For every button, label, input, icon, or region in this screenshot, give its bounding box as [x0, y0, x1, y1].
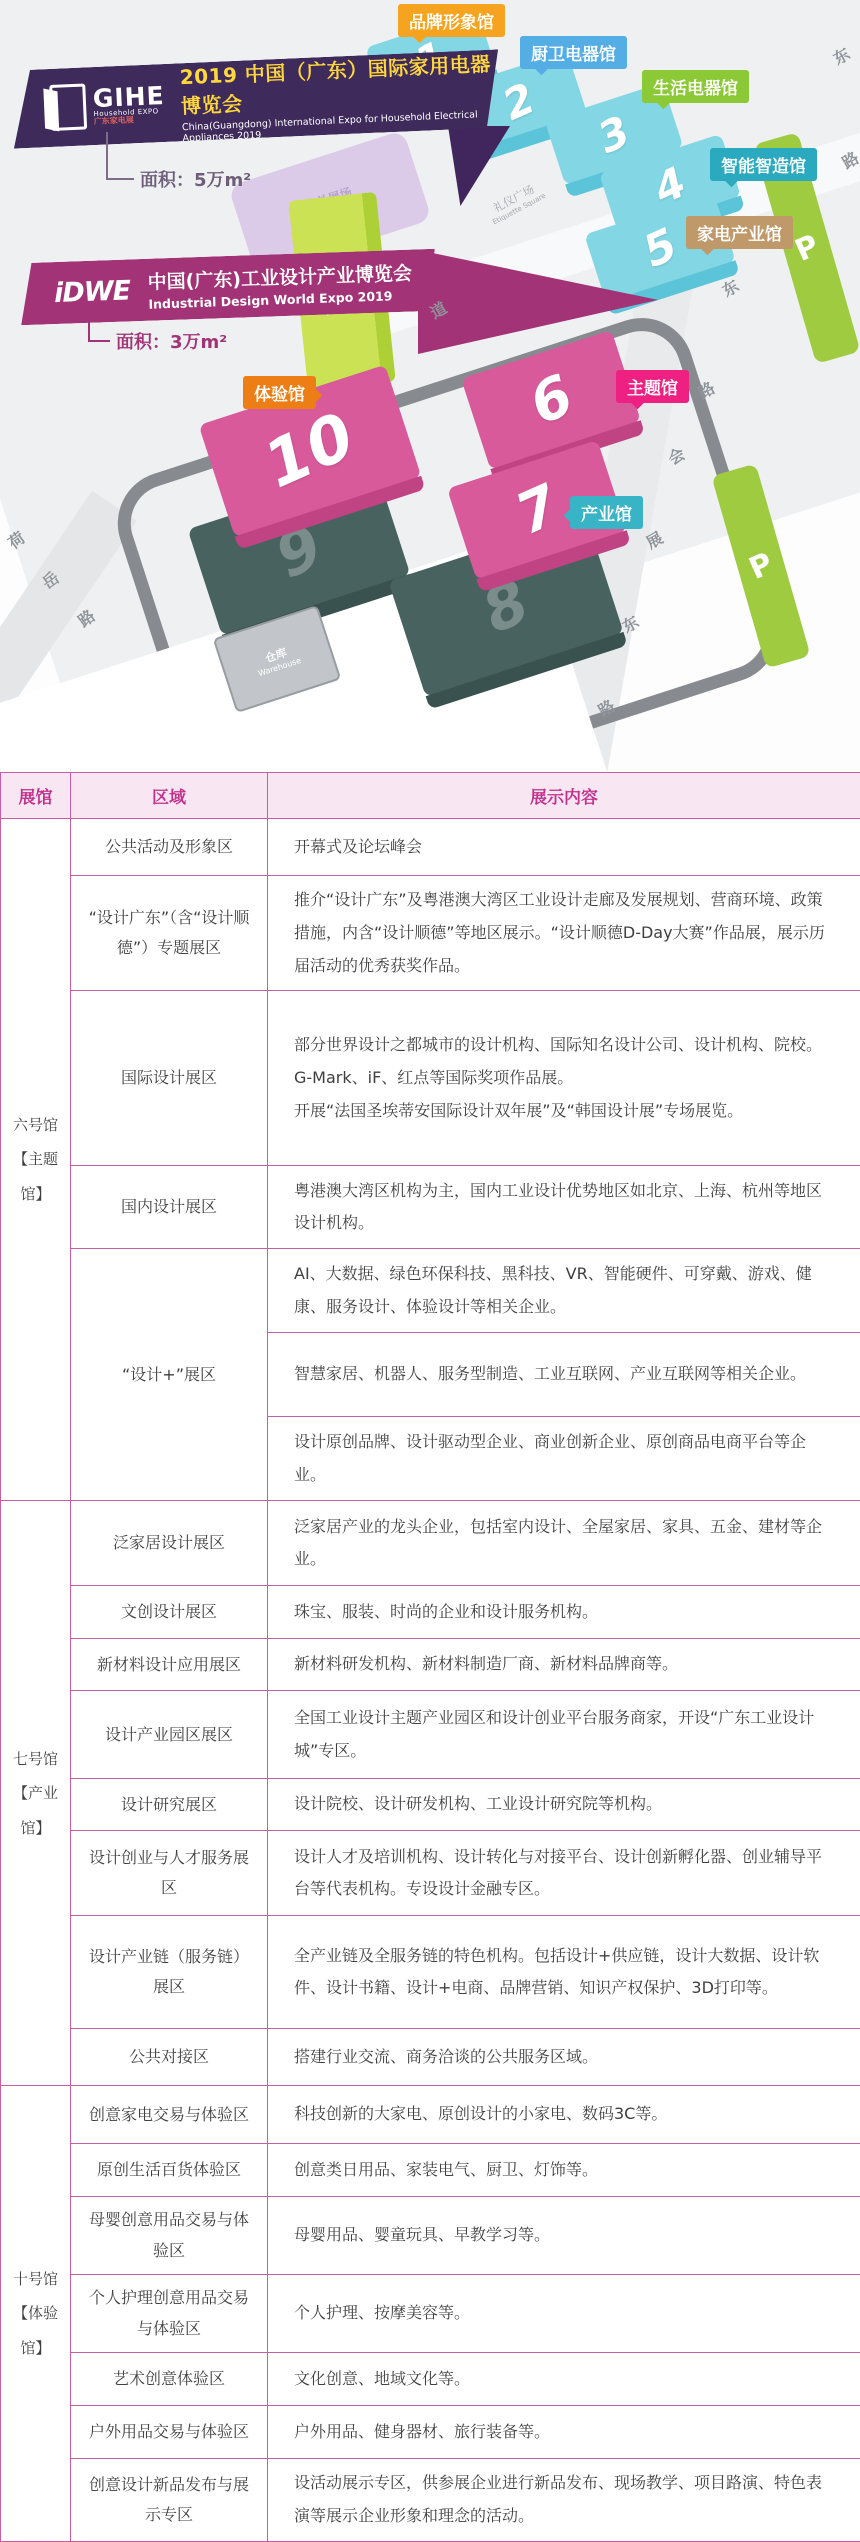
- parking-p-label: P: [790, 228, 824, 269]
- table-row: 公共对接区 搭建行业交流、商务洽谈的公共服务区域。: [1, 2029, 860, 2086]
- content-cell: 设计院校、设计研发机构、工业设计研究院等机构。: [268, 1779, 860, 1831]
- content-cell: 部分世界设计之都城市的设计机构、国际知名设计公司、设计机构、院校。 G-Mark…: [268, 991, 860, 1166]
- content-cell: 新材料研发机构、新材料制造厂商、新材料品牌商等。: [268, 1639, 860, 1691]
- area-cell: “设计+”展区: [71, 1249, 268, 1501]
- area-cell: 新材料设计应用展区: [71, 1639, 268, 1691]
- area-cell: 设计产业园区展区: [71, 1691, 268, 1779]
- table-row: 创意设计新品发布与展示专区 设活动展示专区，供参展企业进行新品发布、现场教学、项…: [1, 2458, 860, 2541]
- content-cell: 开幕式及论坛峰会: [268, 819, 860, 876]
- callout-industry-hall: 产业馆: [570, 496, 643, 529]
- area-cell: 艺术创意体验区: [71, 2352, 268, 2405]
- hall-cell-10: 十号馆 【体验馆】: [1, 2086, 71, 2542]
- hall-6-number: 6: [520, 362, 582, 437]
- header-area: 区域: [71, 773, 268, 819]
- idwe-area-bracket: [88, 308, 110, 342]
- hall-10-number: 10: [254, 399, 365, 503]
- area-cell: 户外用品交易与体验区: [71, 2405, 268, 2458]
- parking-p-label: P: [744, 546, 778, 587]
- callout-brand-image-hall: 品牌形象馆: [398, 4, 505, 37]
- header-content: 展示内容: [268, 773, 860, 819]
- table-row: “设计广东”（含“设计顺德”）专题展区 推介“设计广东”及粤港澳大湾区工业设计走…: [1, 876, 860, 991]
- exhibition-schedule-table: 展馆 区域 展示内容 六号馆 【主题馆】 公共活动及形象区 开幕式及论坛峰会 “…: [0, 772, 860, 2542]
- area-cell: 文创设计展区: [71, 1586, 268, 1639]
- content-cell: 搭建行业交流、商务洽谈的公共服务区域。: [268, 2029, 860, 2086]
- content-cell: 推介“设计广东”及粤港澳大湾区工业设计走廊及发展规划、营商环境、政策措施，内含“…: [268, 876, 860, 991]
- area-cell: 母婴创意用品交易与体验区: [71, 2197, 268, 2275]
- table-row: 七号馆 【产业馆】 泛家居设计展区 泛家居产业的龙头企业，包括室内设计、全屋家居…: [1, 1501, 860, 1586]
- content-cell: 设计人才及培训机构、设计转化与对接平台、设计创新孵化器、创业辅导平台等代表机构。…: [268, 1831, 860, 1916]
- hall-cell-6: 六号馆 【主题馆】: [1, 819, 71, 1501]
- table-row: 新材料设计应用展区 新材料研发机构、新材料制造厂商、新材料品牌商等。: [1, 1639, 860, 1691]
- hall-subname: 【主题馆】: [2, 1142, 69, 1211]
- hall-7-number: 7: [506, 472, 568, 547]
- content-cell: 个人护理、按摩美容等。: [268, 2275, 860, 2353]
- hall-subname: 【体验馆】: [2, 2296, 69, 2365]
- content-cell: 设计原创品牌、设计驱动型企业、商业创新企业、原创商品电商平台等企业。: [268, 1417, 860, 1501]
- area-cell: 个人护理创意用品交易与体验区: [71, 2275, 268, 2353]
- content-cell: 文化创意、地域文化等。: [268, 2352, 860, 2405]
- content-cell: 全国工业设计主题产业园区和设计创业平台服务商家，开设“广东工业设计城”专区。: [268, 1691, 860, 1779]
- content-cell: AI、大数据、绿色环保科技、黑科技、VR、智能硬件、可穿戴、游戏、健康、服务设计…: [268, 1249, 860, 1333]
- idwe-logo-text: iDWE: [54, 275, 131, 309]
- area-cell: 创意家电交易与体验区: [71, 2086, 268, 2144]
- area-cell: 公共活动及形象区: [71, 819, 268, 876]
- hall-5-number: 5: [636, 218, 685, 277]
- table-row: 设计研究展区 设计院校、设计研发机构、工业设计研究院等机构。: [1, 1779, 860, 1831]
- content-cell: 泛家居产业的龙头企业，包括室内设计、全屋家居、家具、五金、建材等企业。: [268, 1501, 860, 1586]
- area-cell: 创意设计新品发布与展示专区: [71, 2458, 268, 2541]
- callout-appliance-industry-hall: 家电产业馆: [686, 216, 793, 249]
- table-row: 户外用品交易与体验区 户外用品、健身器材、旅行装备等。: [1, 2405, 860, 2458]
- area-cell: 泛家居设计展区: [71, 1501, 268, 1586]
- callout-experience-hall: 体验馆: [243, 376, 316, 409]
- area-cell: 设计研究展区: [71, 1779, 268, 1831]
- gihe-area-bracket: [106, 132, 134, 180]
- content-cell: 智慧家居、机器人、服务型制造、工业互联网、产业互联网等相关企业。: [268, 1333, 860, 1417]
- hall-2-number: 2: [496, 73, 543, 130]
- table-row: 艺术创意体验区 文化创意、地域文化等。: [1, 2352, 860, 2405]
- callout-theme-hall: 主题馆: [616, 370, 689, 403]
- hall-subname: 【产业馆】: [2, 1776, 69, 1845]
- table-row: 个人护理创意用品交易与体验区 个人护理、按摩美容等。: [1, 2275, 860, 2353]
- content-cell: 珠宝、服装、时尚的企业和设计服务机构。: [268, 1586, 860, 1639]
- area-cell: 国内设计展区: [71, 1166, 268, 1249]
- table-row: “设计+”展区 AI、大数据、绿色环保科技、黑科技、VR、智能硬件、可穿戴、游戏…: [1, 1249, 860, 1333]
- hall-cell-7: 七号馆 【产业馆】: [1, 1501, 71, 2086]
- table-row: 文创设计展区 珠宝、服装、时尚的企业和设计服务机构。: [1, 1586, 860, 1639]
- table-row: 原创生活百货体验区 创意类日用品、家装电气、厨卫、灯饰等。: [1, 2144, 860, 2197]
- table-header-row: 展馆 区域 展示内容: [1, 773, 860, 819]
- area-cell: 原创生活百货体验区: [71, 2144, 268, 2197]
- content-cell: 科技创新的大家电、原创设计的小家电、数码3C等。: [268, 2086, 860, 2144]
- header-hall: 展馆: [1, 773, 71, 819]
- hall-name: 十号馆: [2, 2262, 69, 2297]
- callout-smart-manufacture-hall: 智能智造馆: [710, 148, 817, 181]
- table-row: 设计产业链（服务链）展区 全产业链及全服务链的特色机构。包括设计+供应链，设计大…: [1, 1916, 860, 2029]
- hall-3-number: 3: [591, 106, 638, 163]
- hall-name: 七号馆: [2, 1742, 69, 1777]
- gihe-door-icon: [49, 83, 87, 131]
- table-row: 十号馆 【体验馆】 创意家电交易与体验区 科技创新的大家电、原创设计的小家电、数…: [1, 2086, 860, 2144]
- hall-name: 六号馆: [2, 1108, 69, 1143]
- content-cell: 设活动展示专区，供参展企业进行新品发布、现场教学、项目路演、特色表演等展示企业形…: [268, 2458, 860, 2541]
- gihe-logo: GIHE Household EXPO 广东家电展: [49, 80, 166, 131]
- venue-map: 室外展场 Outdoor Exhibition 酒店 Hotel 1 2 3 4…: [0, 0, 860, 772]
- callout-kitchen-bath-hall: 厨卫电器馆: [520, 36, 627, 69]
- content-cell: 户外用品、健身器材、旅行装备等。: [268, 2405, 860, 2458]
- area-cell: 国际设计展区: [71, 991, 268, 1166]
- content-cell: 粤港澳大湾区机构为主，国内工业设计优势地区如北京、上海、杭州等地区设计机构。: [268, 1166, 860, 1249]
- area-cell: 公共对接区: [71, 2029, 268, 2086]
- gihe-area-note: 面积：5万m²: [140, 166, 251, 192]
- expo-page: 室外展场 Outdoor Exhibition 酒店 Hotel 1 2 3 4…: [0, 0, 860, 2542]
- table-row: 国际设计展区 部分世界设计之都城市的设计机构、国际知名设计公司、设计机构、院校。…: [1, 991, 860, 1166]
- table-row: 设计产业园区展区 全国工业设计主题产业园区和设计创业平台服务商家，开设“广东工业…: [1, 1691, 860, 1779]
- content-cell: 全产业链及全服务链的特色机构。包括设计+供应链，设计大数据、设计软件、设计书籍、…: [268, 1916, 860, 2029]
- callout-life-appliance-hall: 生活电器馆: [642, 70, 749, 103]
- idwe-area-note: 面积：3万m²: [116, 328, 227, 354]
- table-row: 六号馆 【主题馆】 公共活动及形象区 开幕式及论坛峰会: [1, 819, 860, 876]
- area-cell: “设计广东”（含“设计顺德”）专题展区: [71, 876, 268, 991]
- content-cell: 母婴用品、婴童玩具、早教学习等。: [268, 2197, 860, 2275]
- content-cell: 创意类日用品、家装电气、厨卫、灯饰等。: [268, 2144, 860, 2197]
- area-cell: 设计创业与人才服务展区: [71, 1831, 268, 1916]
- table-row: 国内设计展区 粤港澳大湾区机构为主，国内工业设计优势地区如北京、上海、杭州等地区…: [1, 1166, 860, 1249]
- area-cell: 设计产业链（服务链）展区: [71, 1916, 268, 2029]
- table-row: 母婴创意用品交易与体验区 母婴用品、婴童玩具、早教学习等。: [1, 2197, 860, 2275]
- table-row: 设计创业与人才服务展区 设计人才及培训机构、设计转化与对接平台、设计创新孵化器、…: [1, 1831, 860, 1916]
- gihe-logo-sub-cn: 广东家电展: [94, 115, 166, 126]
